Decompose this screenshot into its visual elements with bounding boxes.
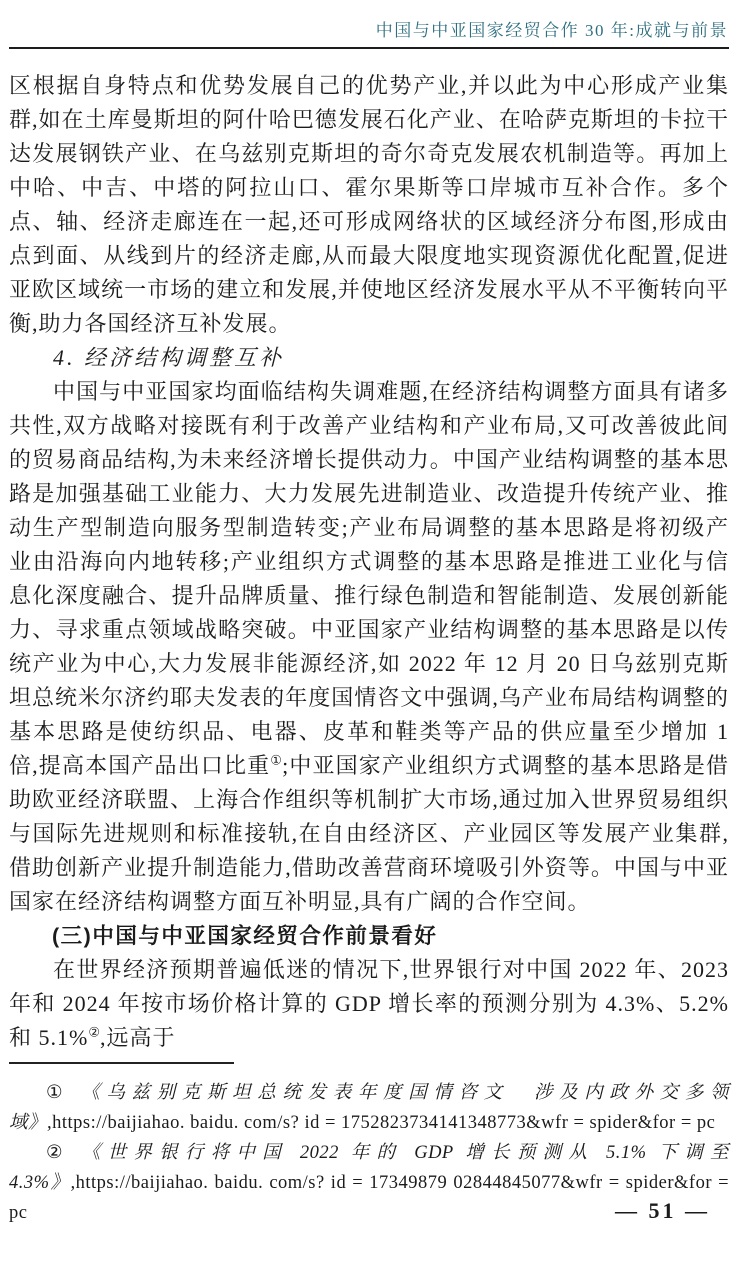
footnote-divider: [9, 1062, 234, 1064]
running-head-title: 中国与中亚国家经贸合作 30 年:成就与前景: [376, 21, 728, 40]
footnote-1: ①《乌兹别克斯坦总统发表年度国情咨文 涉及内政外交多领域》,https://ba…: [9, 1078, 729, 1138]
subheading-section-3: (三)中国与中亚国家经贸合作前景看好: [9, 919, 729, 953]
page-body: 区根据自身特点和优势发展自己的优势产业,并以此为中心形成产业集群,如在土库曼斯坦…: [9, 69, 729, 1055]
footnote-ref-1: ①: [270, 753, 282, 768]
header-divider: [9, 47, 729, 49]
paragraph-structure-part1: 中国与中亚国家均面临结构失调难题,在经济结构调整方面具有诸多共性,双方战略对接既…: [9, 379, 729, 778]
footnote-ref-2: ②: [88, 1025, 100, 1040]
paragraph-continuation: 区根据自身特点和优势发展自己的优势产业,并以此为中心形成产业集群,如在土库曼斯坦…: [9, 69, 729, 341]
footnote-1-marker: ①: [46, 1083, 81, 1103]
running-head: 中国与中亚国家经贸合作 30 年:成就与前景: [0, 0, 738, 41]
paragraph-outlook: 在世界经济预期普遍低迷的情况下,世界银行对中国 2022 年、2023 年和 2…: [9, 953, 729, 1055]
book-page: 中国与中亚国家经贸合作 30 年:成就与前景 区根据自身特点和优势发展自己的优势…: [0, 0, 738, 1264]
subheading-4: 4. 经济结构调整互补: [9, 341, 729, 375]
footnote-2-marker: ②: [46, 1143, 82, 1163]
paragraph-structure-adjustment: 中国与中亚国家均面临结构失调难题,在经济结构调整方面具有诸多共性,双方战略对接既…: [9, 375, 729, 919]
paragraph-outlook-part2: ,远高于: [100, 1025, 176, 1050]
footnote-1-url: https://baijiahao. baidu. com/s? id = 17…: [52, 1113, 715, 1133]
page-number: — 51 —: [615, 1198, 710, 1224]
